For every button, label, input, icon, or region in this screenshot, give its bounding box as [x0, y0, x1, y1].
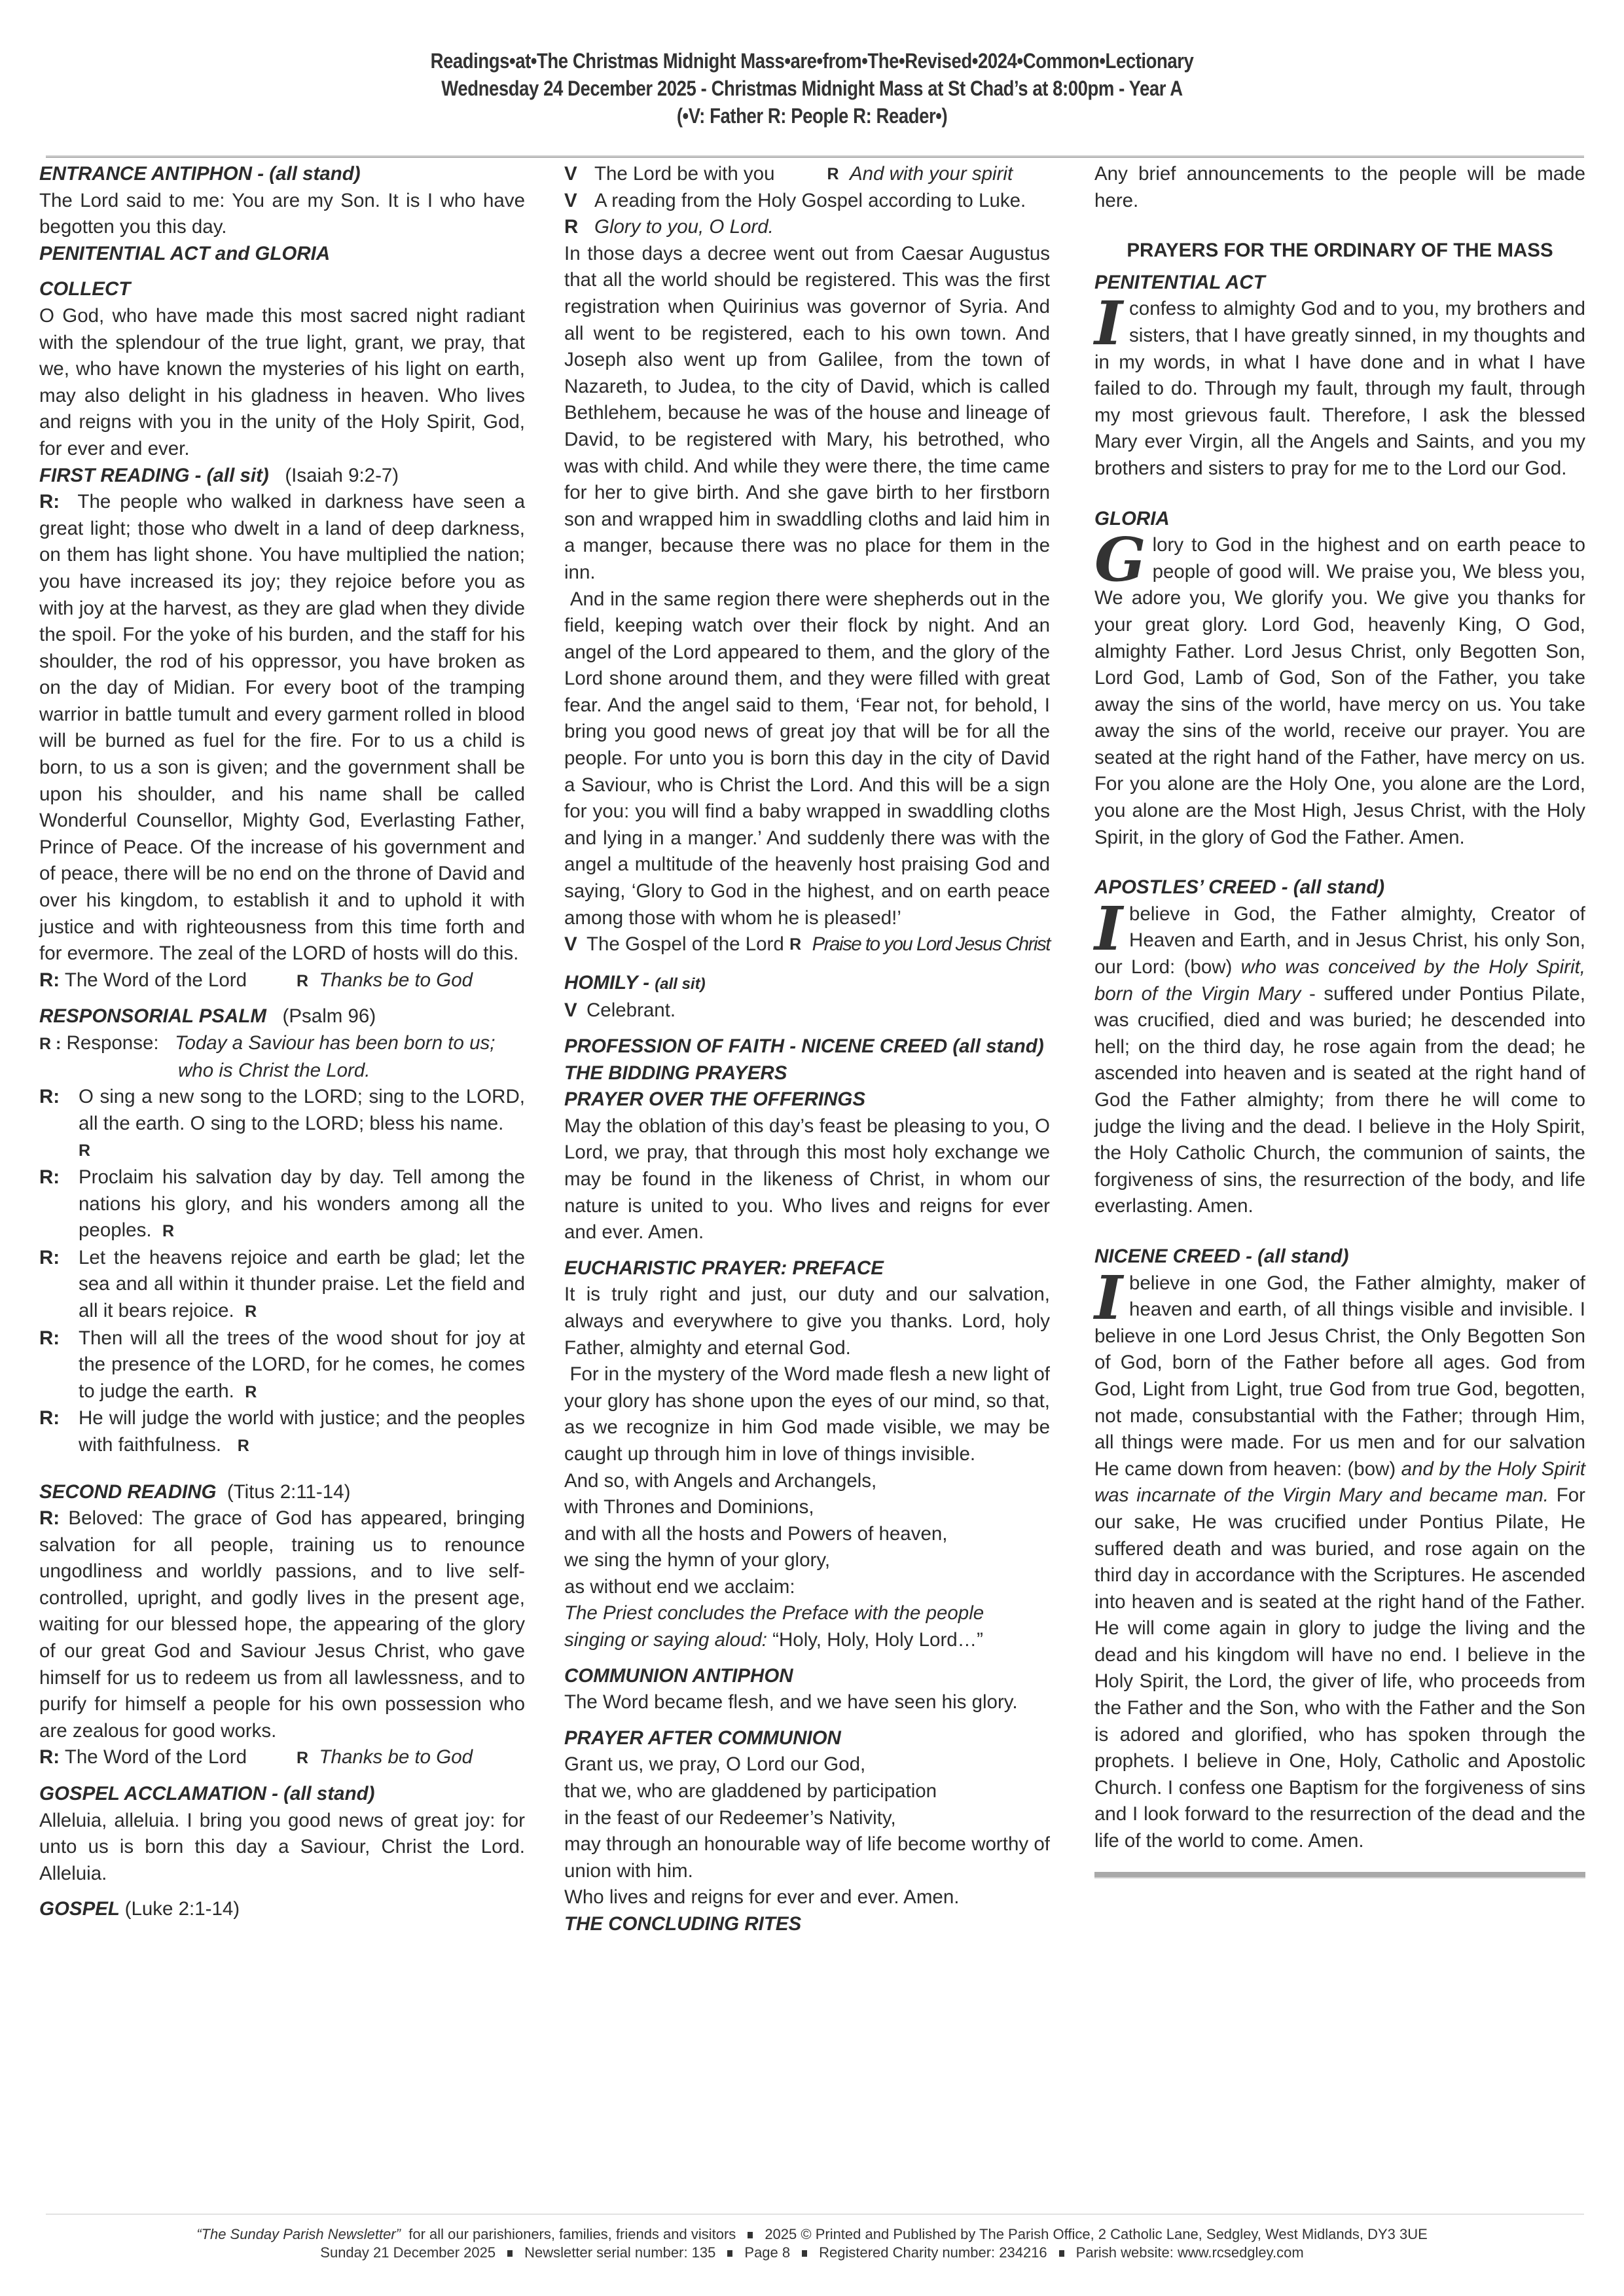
second-reading-title: SECOND READING (Titus 2:11-14) — [39, 1479, 525, 1506]
after-communion-line: in the feast of our Redeemer’s Nativity, — [564, 1805, 1050, 1832]
second-reading-text: R: Beloved: The grace of God has appeare… — [39, 1505, 525, 1744]
preface-title: EUCHARISTIC PRAYER: PREFACE — [564, 1255, 1050, 1282]
column-end-rule — [1094, 1872, 1585, 1878]
dropcap-letter: I — [1094, 1273, 1123, 1323]
homily-celebrant: VCelebrant. — [564, 997, 1050, 1024]
penitential-gloria-title: PENITENTIAL ACT and GLORIA — [39, 241, 525, 268]
header-subtitle: Wednesday 24 December 2025 - Christmas M… — [114, 75, 1511, 102]
footer-line-2: Sunday 21 December 2025Newsletter serial… — [0, 2244, 1624, 2262]
psalm-title: RESPONSORIAL PSALM (Psalm 96) — [39, 1003, 525, 1030]
gloria-title: GLORIA — [1094, 506, 1585, 533]
header-divider — [46, 156, 1584, 158]
profession-of-faith-title: PROFESSION OF FAITH - NICENE CREED (all … — [564, 1033, 1050, 1060]
first-reading-close: R: The Word of the LordR Thanks be to Go… — [39, 967, 525, 995]
after-communion-line: Who lives and reigns for ever and ever. … — [564, 1884, 1050, 1911]
dropcap-letter: I — [1094, 904, 1123, 954]
column-middle: VThe Lord be with youR And with your spi… — [564, 161, 1050, 1938]
communion-antiphon-text: The Word became flesh, and we have seen … — [564, 1689, 1050, 1716]
bullet-square-icon — [727, 2250, 732, 2257]
preface-rubric: The Priest concludes the Preface with th… — [564, 1600, 1050, 1653]
gospel-title: GOSPEL (Luke 2:1-14) — [39, 1896, 525, 1923]
second-reading-close: R: The Word of the LordR Thanks be to Go… — [39, 1744, 525, 1772]
communion-antiphon-title: COMMUNION ANTIPHON — [564, 1663, 1050, 1690]
column-right: Any brief announcements to the people wi… — [1094, 161, 1585, 1878]
header-legend: (•V: Father R: People R: Reader•) — [114, 102, 1511, 130]
dropcap-letter: I — [1094, 298, 1123, 348]
gospel-acclamation-text: Alleluia, alleluia. I bring you good new… — [39, 1808, 525, 1888]
gospel-text-1: In those days a decree went out from Cae… — [564, 241, 1050, 586]
preface-line: and with all the hosts and Powers of hea… — [564, 1521, 1050, 1548]
bullet-square-icon — [802, 2250, 807, 2257]
ordinary-of-mass-title: PRAYERS FOR THE ORDINARY OF THE MASS — [1094, 238, 1585, 264]
entrance-antiphon-text: The Lord said to me: You are my Son. It … — [39, 188, 525, 241]
bullet-square-icon — [748, 2232, 753, 2238]
confiteor-text: Iconfess to almighty God and to you, my … — [1094, 296, 1585, 482]
bullet-square-icon — [507, 2250, 513, 2257]
psalm-verse: R:Let the heavens rejoice and earth be g… — [39, 1245, 525, 1325]
preface-line: And so, with Angels and Archangels, — [564, 1468, 1050, 1495]
gospel-text-2: And in the same region there were shephe… — [564, 586, 1050, 932]
preface-line: with Thrones and Dominions, — [564, 1494, 1050, 1521]
after-communion-line: that we, who are gladdened by participat… — [564, 1778, 1050, 1805]
collect-text: O God, who have made this most sacred ni… — [39, 303, 525, 463]
preface-line: we sing the hymn of your glory, — [564, 1547, 1050, 1574]
bidding-prayers-title: THE BIDDING PRAYERS — [564, 1060, 1050, 1087]
prayer-after-communion-title: PRAYER AFTER COMMUNION — [564, 1725, 1050, 1752]
announcements-text: Any brief announcements to the people wi… — [1094, 161, 1585, 214]
prayer-over-offerings-title: PRAYER OVER THE OFFERINGS — [564, 1086, 1050, 1113]
gospel-dialogue-line: VThe Lord be with youR And with your spi… — [564, 161, 1050, 188]
psalm-response: R : Response: Today a Saviour has been b… — [39, 1030, 525, 1058]
parish-website-link[interactable]: Parish website: www.rcsedgley.com — [1076, 2244, 1304, 2261]
preface-text-1: It is truly right and just, our duty and… — [564, 1282, 1050, 1361]
dropcap-letter: G — [1094, 535, 1146, 584]
gospel-close: VThe Gospel of the LordR Praise to you L… — [564, 931, 1050, 958]
nicene-creed-text: Ibelieve in one God, the Father almighty… — [1094, 1270, 1585, 1855]
column-left: ENTRANCE ANTIPHON - (all stand) The Lord… — [39, 161, 525, 1923]
after-communion-line: may through an honourable way of life be… — [564, 1831, 1050, 1884]
first-reading-text: R: The people who walked in darkness hav… — [39, 489, 525, 967]
gospel-acclamation-title: GOSPEL ACCLAMATION - (all stand) — [39, 1781, 525, 1808]
collect-title: COLLECT — [39, 276, 525, 303]
psalm-verse: R:He will judge the world with justice; … — [39, 1405, 525, 1459]
bullet-square-icon — [1059, 2250, 1064, 2257]
gospel-dialogue-line: VA reading from the Holy Gospel accordin… — [564, 188, 1050, 215]
first-reading-title: FIRST READING - (all sit) (Isaiah 9:2-7) — [39, 463, 525, 490]
gospel-dialogue-line: RGlory to you, O Lord. — [564, 214, 1050, 241]
apostles-creed-text: Ibelieve in God, the Father almighty, Cr… — [1094, 901, 1585, 1220]
gloria-text: Glory to God in the highest and on earth… — [1094, 532, 1585, 851]
psalm-verse: R:O sing a new song to the LORD; sing to… — [39, 1084, 525, 1164]
nicene-creed-title: NICENE CREED - (all stand) — [1094, 1244, 1585, 1270]
psalm-response-line2: who is Christ the Lord. — [39, 1058, 525, 1085]
preface-line: as without end we acclaim: — [564, 1574, 1050, 1601]
page-header: Readings•at•The Christmas Midnight Mass•… — [0, 47, 1624, 130]
apostles-creed-title: APOSTLES’ CREED - (all stand) — [1094, 874, 1585, 901]
footer-line-1: “The Sunday Parish Newsletter” for all o… — [0, 2225, 1624, 2244]
psalm-verse: R:Proclaim his salvation day by day. Tel… — [39, 1164, 525, 1245]
footer-divider — [46, 2214, 1584, 2215]
page-footer: “The Sunday Parish Newsletter” for all o… — [0, 2225, 1624, 2262]
penitential-act-title: PENITENTIAL ACT — [1094, 270, 1585, 296]
preface-text-2: For in the mystery of the Word made fles… — [564, 1361, 1050, 1467]
concluding-rites-title: THE CONCLUDING RITES — [564, 1911, 1050, 1938]
header-title: Readings•at•The Christmas Midnight Mass•… — [114, 47, 1511, 75]
entrance-antiphon-title: ENTRANCE ANTIPHON - (all stand) — [39, 161, 525, 188]
psalm-verse: R:Then will all the trees of the wood sh… — [39, 1325, 525, 1406]
after-communion-line: Grant us, we pray, O Lord our God, — [564, 1751, 1050, 1778]
homily-title: HOMILY - (all sit) — [564, 970, 1050, 998]
prayer-over-offerings-text: May the oblation of this day’s feast be … — [564, 1113, 1050, 1246]
